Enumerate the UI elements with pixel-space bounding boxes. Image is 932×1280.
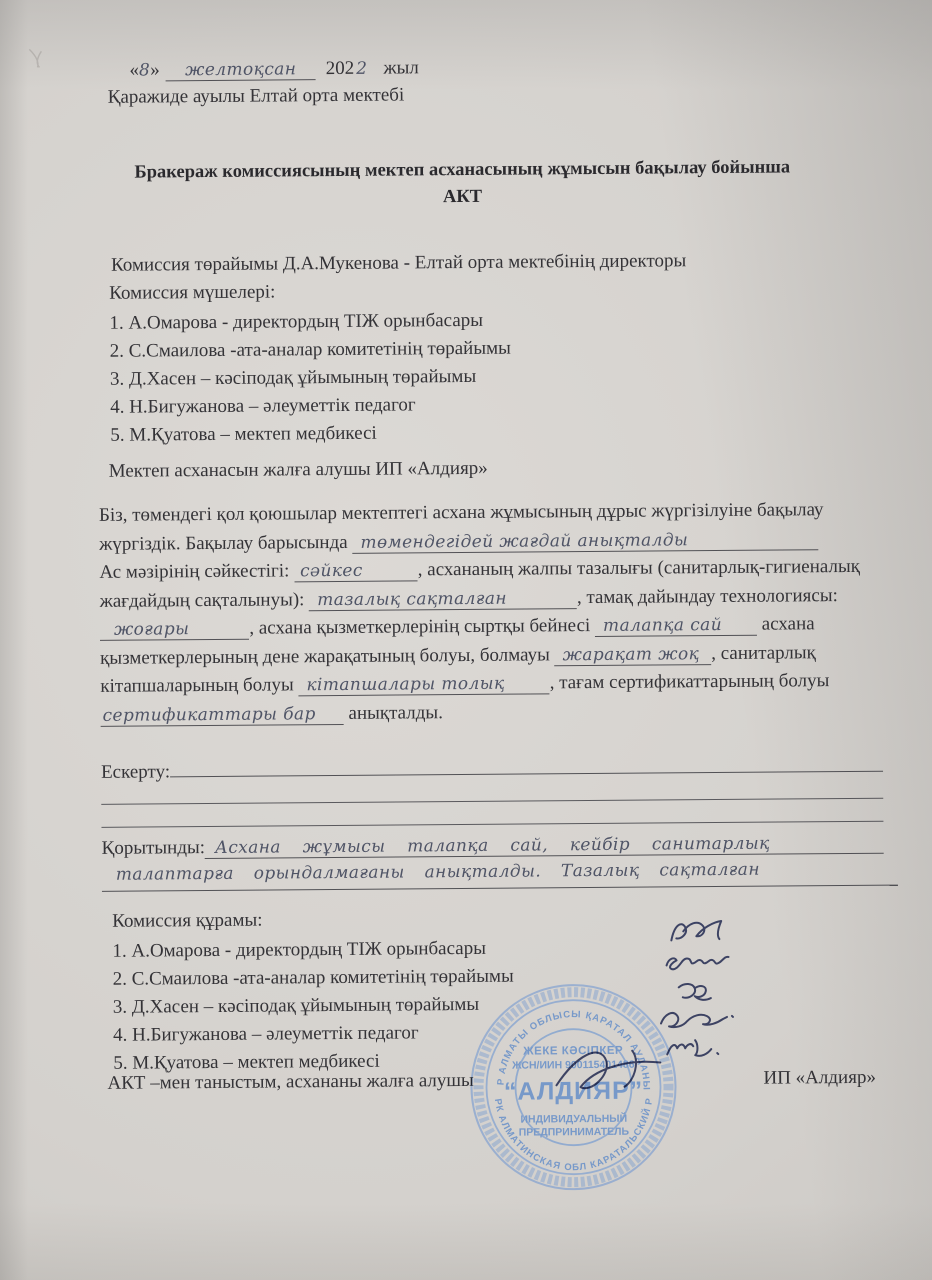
paragraph-text: , тамақ дайындау технологиясы: bbox=[577, 585, 838, 608]
member-item: 2. С.Смаилова -ата-аналар комитетінің тө… bbox=[110, 335, 511, 366]
committee-member-item: 3. Д.Хасен – кәсіподақ ұйымының төрайымы bbox=[113, 991, 514, 1022]
paragraph-text: , тағам сертификаттарының болуы bbox=[550, 670, 830, 693]
member-signature bbox=[650, 917, 810, 947]
handwritten-fill: сертификаттары бар bbox=[101, 703, 344, 726]
acquainted-ip-label: ИП «Алдияр» bbox=[763, 1067, 876, 1090]
handwritten-day: 8 bbox=[139, 60, 150, 80]
location-line: Қаражиде ауылы Елтай орта мектебі bbox=[108, 84, 405, 108]
committee-member-item: 4. Н.Бигужанова – әлеуметтік педагог bbox=[113, 1019, 514, 1050]
handwritten-month: желтоқсан bbox=[166, 59, 316, 81]
paragraph-text: анықталды. bbox=[344, 702, 443, 724]
note-label: Ескерту: bbox=[101, 761, 170, 784]
note-row: Ескерту: bbox=[101, 751, 883, 784]
year-printed: 202 bbox=[326, 58, 355, 79]
handwritten-fill: сәйкес bbox=[294, 560, 418, 582]
handwritten-fill: кітапшалары толық bbox=[298, 673, 549, 696]
renter-signature bbox=[548, 1036, 699, 1109]
note-blank-line bbox=[101, 798, 883, 805]
note-blank-line bbox=[101, 821, 883, 828]
handwritten-conclusion-line2: талаптарға орындалмағаны анықталды. Таза… bbox=[102, 859, 898, 892]
handwritten-fill: тазалық сақталған bbox=[309, 588, 577, 611]
member-item: 4. Н.Бигужанова – әлеуметтік педагог bbox=[110, 391, 511, 422]
committee-member-item: 1. А.Омарова - директордың ТІЖ орынбасар… bbox=[112, 935, 513, 966]
document-page: «8»желтоқсан2022жыл Қаражиде ауылы Елтай… bbox=[0, 0, 932, 1280]
act-title: Бракераж комиссиясының мектеп асханасыны… bbox=[0, 153, 929, 214]
member-item: 5. М.Қуатова – мектеп медбикесі bbox=[110, 419, 511, 450]
member-item: 1. А.Омарова - директордың ТІЖ орынбасар… bbox=[109, 307, 510, 338]
handwritten-fill: талапқа сай bbox=[595, 615, 757, 637]
member-signature bbox=[650, 946, 810, 976]
note-blank-line bbox=[170, 751, 883, 778]
chair-line: Комиссия төрайымы Д.А.Мукенова - Елтай о… bbox=[111, 250, 686, 277]
conclusion-label: Қорытынды: bbox=[102, 837, 206, 860]
date-quote-close: » bbox=[150, 59, 160, 80]
inspection-paragraph: Біз, төмендегі қол қоюшылар мектептегі а… bbox=[99, 496, 883, 730]
renter-line: Мектеп асханасын жалға алушы ИП «Алдияр» bbox=[109, 458, 488, 483]
scanned-document-photo: «8»желтоқсан2022жыл Қаражиде ауылы Елтай… bbox=[0, 0, 932, 1280]
conclusion-row: Қорытынды: Асхана жұмысы талапқа сай, ке… bbox=[102, 832, 884, 860]
handwritten-fill: жарақат жоқ bbox=[554, 644, 711, 666]
members-heading: Комиссия мүшелері: bbox=[109, 281, 275, 304]
committee-heading: Комиссия құрамы: bbox=[112, 910, 262, 933]
handwritten-fill: жоғары bbox=[100, 619, 250, 641]
committee-member-item: 2. С.Смаилова -ата-аналар комитетінің тө… bbox=[113, 963, 514, 994]
paragraph-text: Ас мәзірінің сәйкестігі: bbox=[99, 560, 294, 583]
year-word: жыл bbox=[383, 57, 419, 78]
pencil-mark bbox=[21, 43, 61, 73]
handwritten-fill: төмендегідей жағдай анықталды bbox=[352, 529, 818, 554]
handwritten-conclusion-line1: Асхана жұмысы талапқа сай, кейбір санита… bbox=[205, 833, 884, 859]
acquainted-line: АКТ –мен таныстым, асхананы жалға алушы bbox=[107, 1070, 473, 1095]
date-line: «8»желтоқсан2022жыл bbox=[129, 57, 418, 81]
handwritten-year-digit: 2 bbox=[356, 59, 367, 79]
committee-list: 1. А.Омарова - директордың ТІЖ орынбасар… bbox=[112, 935, 514, 1078]
date-quote-open: « bbox=[129, 60, 139, 81]
stamp-entrepreneur-ru-line1: ИНДИВИДУАЛЬНЫЙ bbox=[520, 1112, 627, 1126]
members-list: 1. А.Омарова - директордың ТІЖ орынбасар… bbox=[109, 307, 511, 450]
paragraph-text: , асхана қызметкерлерінің сыртқы бейнесі bbox=[249, 615, 595, 639]
stamp-entrepreneur-ru-line2: ПРЕДПРИНИМАТЕЛЬ bbox=[519, 1126, 630, 1139]
member-item: 3. Д.Хасен – кәсіподақ ұйымының төрайымы bbox=[110, 363, 511, 394]
